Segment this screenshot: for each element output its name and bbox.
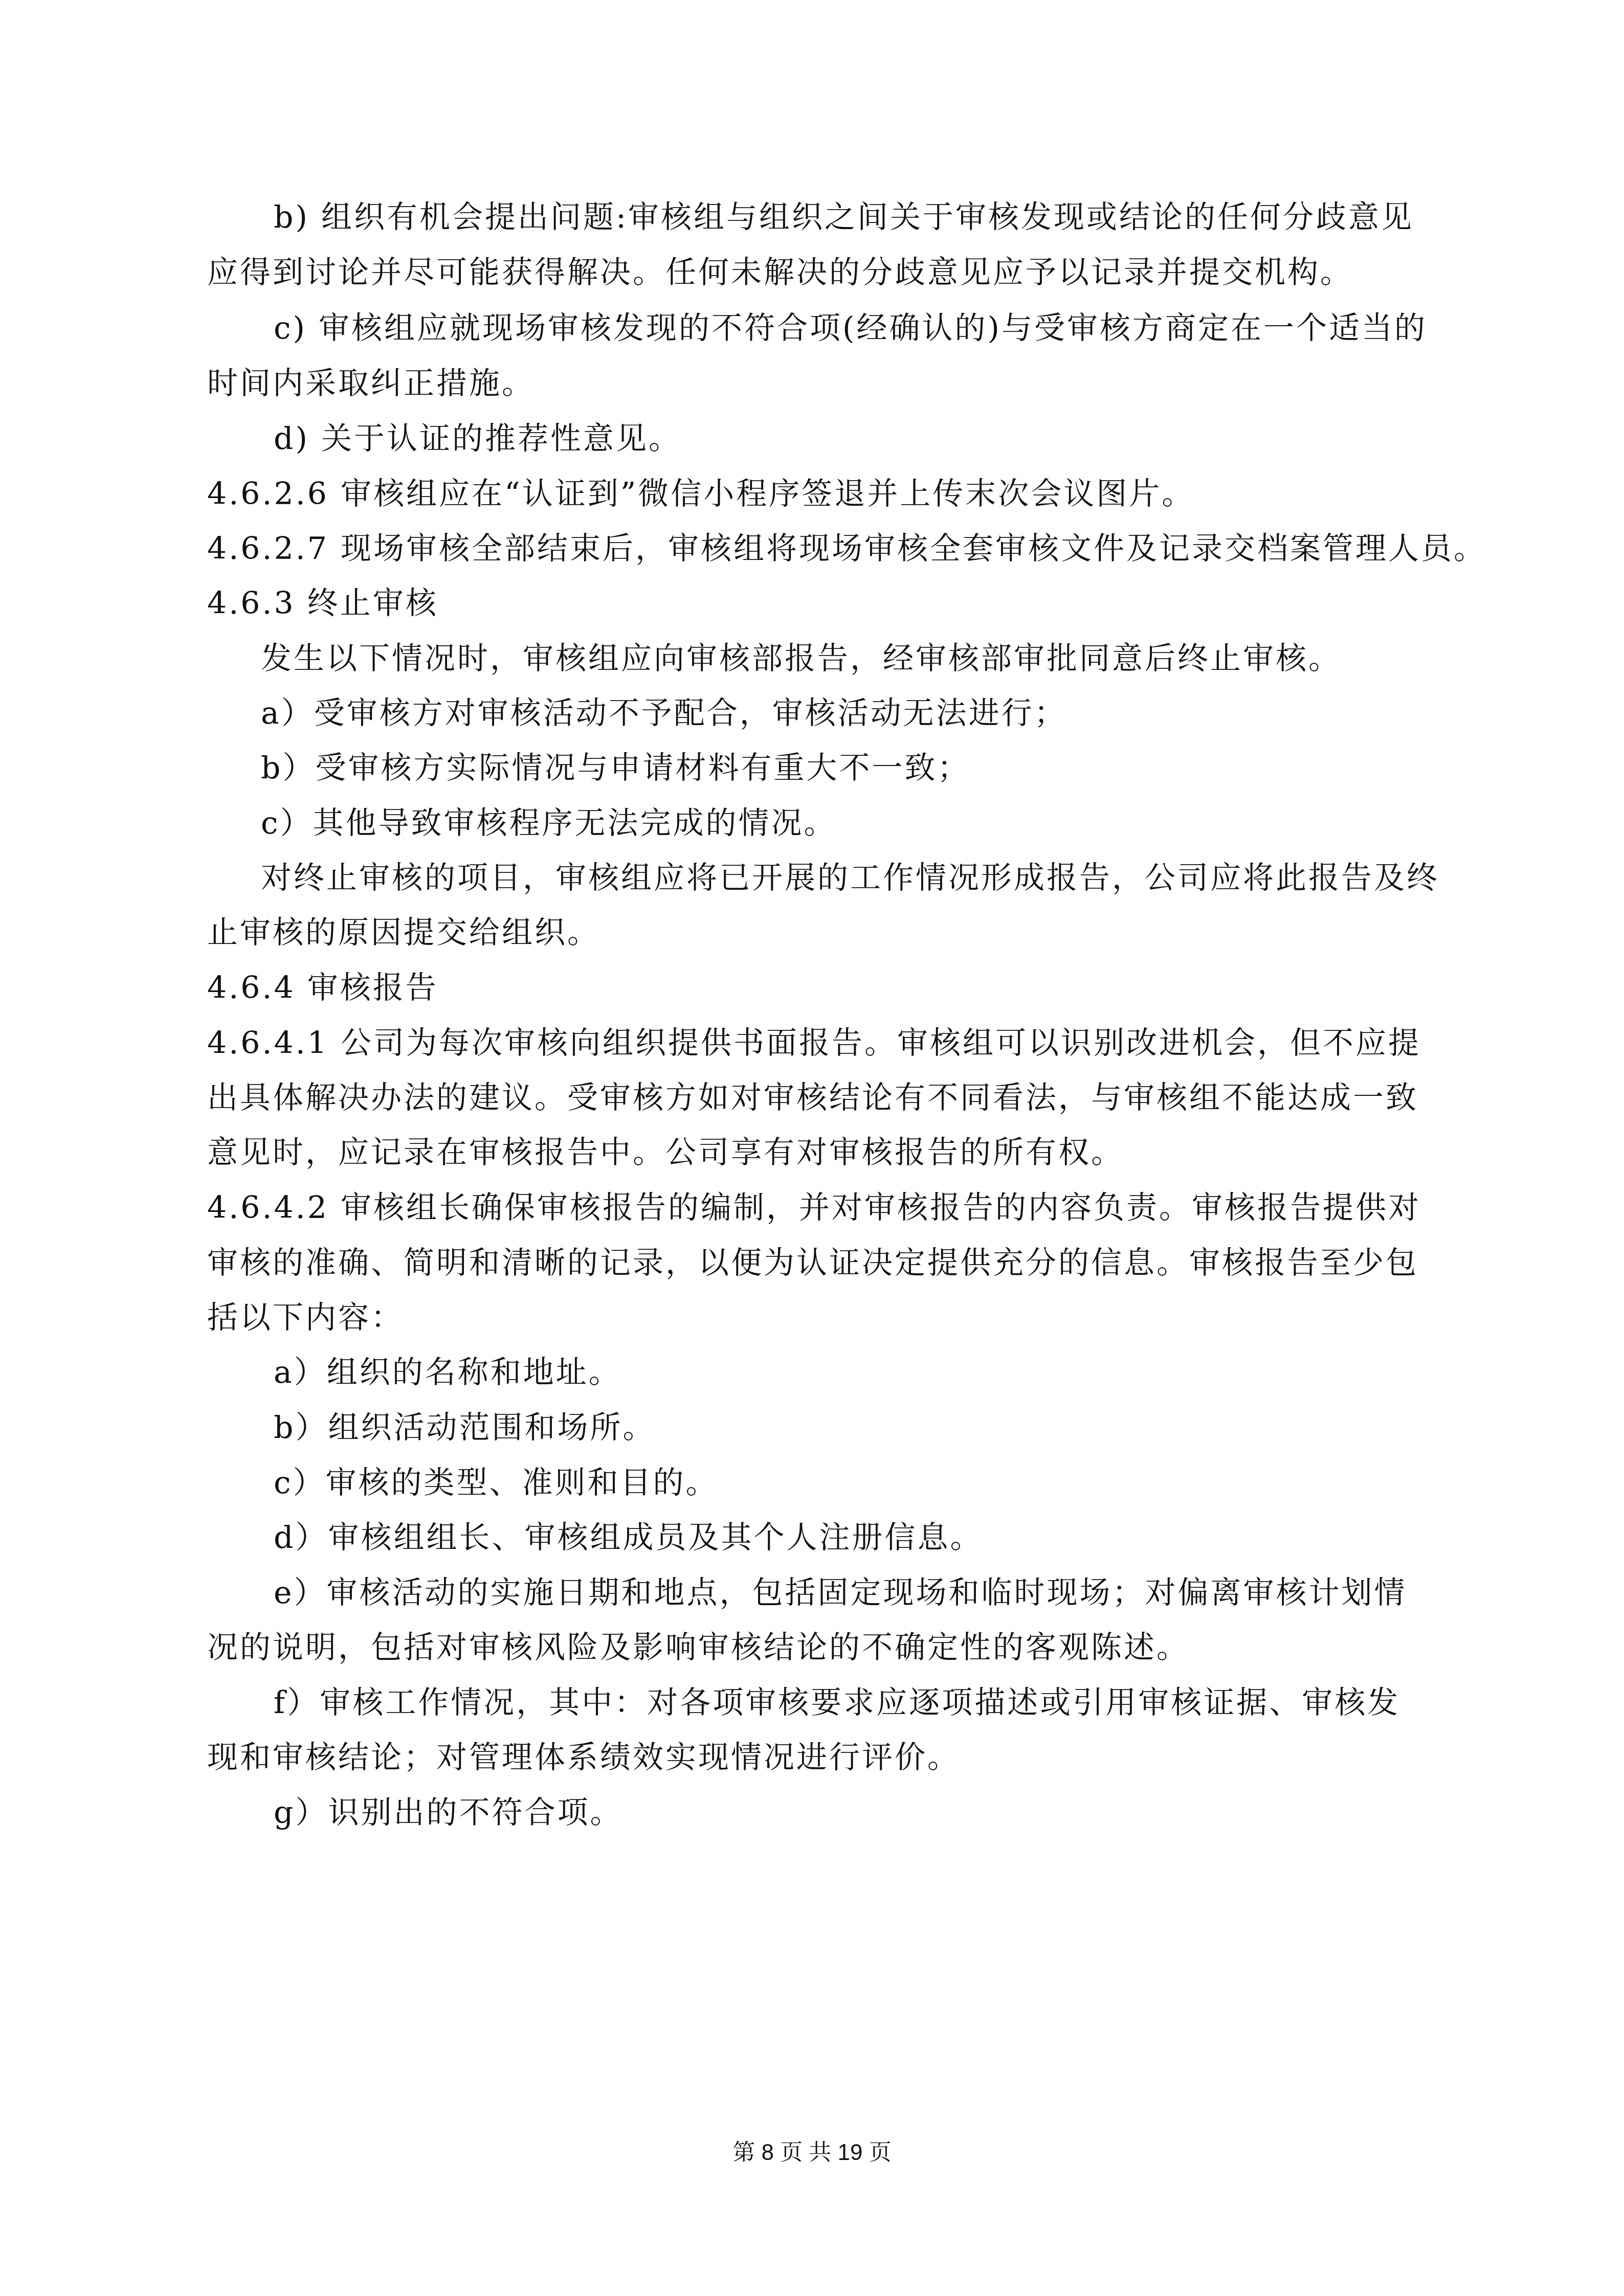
paragraph-line: 出具体解决办法的建议。受审核方如对审核结论有不同看法，与审核组不能达成一致: [207, 1077, 1418, 1118]
document-page: b) 组织有机会提出问题:审核组与组织之间关于审核发现或结论的任何分歧意见 应得…: [0, 0, 1624, 2296]
clause-4-6-4-1: 4.6.4.1 公司为每次审核向组织提供书面报告。审核组可以识别改进机会，但不应…: [207, 1023, 1421, 1064]
list-item: d) 关于认证的推荐性意见。: [274, 418, 681, 459]
clause-4-6-4-2: 4.6.4.2 审核组长确保审核报告的编制，并对审核报告的内容负责。审核报告提供…: [207, 1187, 1421, 1228]
page-number-footer: 第 8 页 共 19 页: [0, 2137, 1624, 2168]
paragraph-line: 况的说明，包括对审核风险及影响审核结论的不确定性的客观陈述。: [207, 1627, 1189, 1668]
paragraph-line: 时间内采取纠正措施。: [207, 363, 535, 404]
list-item: a）受审核方对审核活动不予配合，审核活动无法进行；: [261, 693, 1067, 734]
paragraph-line: 意见时，应记录在审核报告中。公司享有对审核报告的所有权。: [207, 1132, 1124, 1173]
paragraph-line: 审核的准确、简明和清晰的记录，以便为认证决定提供充分的信息。审核报告至少包: [207, 1243, 1418, 1284]
section-heading-4-6-3: 4.6.3 终止审核: [207, 583, 438, 624]
list-item: c）其他导致审核程序无法完成的情况。: [261, 803, 837, 844]
paragraph-line: 止审核的原因提交给组织。: [207, 912, 600, 953]
paragraph-line: 括以下内容：: [207, 1297, 404, 1338]
paragraph-line: 对终止审核的项目，审核组应将已开展的工作情况形成报告，公司应将此报告及终: [261, 858, 1439, 898]
list-item: a）组织的名称和地址。: [274, 1352, 621, 1393]
section-heading-4-6-4: 4.6.4 审核报告: [207, 967, 438, 1008]
list-item: b）组织活动范围和场所。: [274, 1407, 655, 1448]
paragraph-line: 发生以下情况时，审核组应向审核部报告，经审核部审批同意后终止审核。: [261, 638, 1341, 679]
clause-4-6-2-6: 4.6.2.6 审核组应在“认证到”微信小程序签退并上传末次会议图片。: [207, 474, 1194, 514]
list-item: c）审核的类型、准则和目的。: [274, 1462, 719, 1503]
list-item: b）受审核方实际情况与申请材料有重大不一致；: [261, 748, 970, 789]
paragraph-line: 现和审核结论；对管理体系绩效实现情况进行评价。: [207, 1737, 960, 1778]
clause-4-6-2-7: 4.6.2.7 现场审核全部结束后，审核组将现场审核全套审核文件及记录交档案管理…: [207, 528, 1486, 569]
paragraph-line: c) 审核组应就现场审核发现的不符合项(经确认的)与受审核方商定在一个适当的: [274, 308, 1427, 349]
list-item: d）审核组组长、审核组成员及其个人注册信息。: [274, 1517, 983, 1558]
list-item: g）识别出的不符合项。: [274, 1792, 622, 1833]
list-item: e）审核活动的实施日期和地点，包括固定现场和临时现场；对偏离审核计划情: [274, 1572, 1407, 1613]
paragraph-line: 应得到讨论并尽可能获得解决。任何未解决的分歧意见应予以记录并提交机构。: [207, 252, 1353, 293]
paragraph-line: b) 组织有机会提出问题:审核组与组织之间关于审核发现或结论的任何分歧意见: [274, 197, 1414, 238]
list-item: f）审核工作情况，其中：对各项审核要求应逐项描述或引用审核证据、审核发: [274, 1682, 1400, 1723]
